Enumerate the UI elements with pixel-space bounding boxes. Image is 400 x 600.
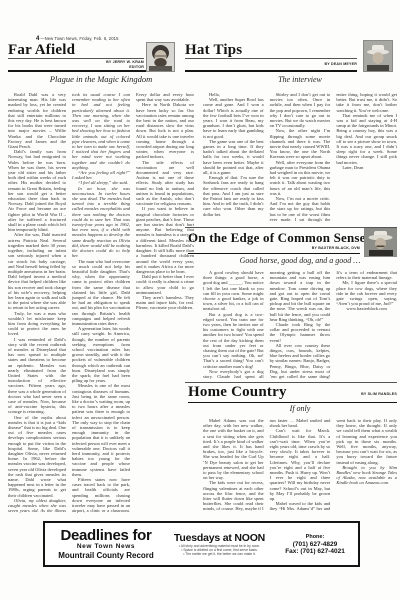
phone-label: Phone: — [272, 534, 358, 541]
deadline-rule-3: • The earlier we get it, the better we c… — [167, 552, 272, 556]
article-paragraph: Truly, he was a man who wouldn’t let mis… — [8, 311, 66, 337]
article-paragraph: Shirley and I don’t get out to movies to… — [270, 92, 331, 128]
deadlines-box-contact: Phone: (701) 627-4829 Fax: (701) 627-402… — [272, 534, 358, 555]
divider-rule — [185, 382, 397, 383]
article-paragraph: The game was one of the best games in a … — [203, 139, 264, 175]
common-sense-headline: On the Edge of Common Sense — [188, 231, 366, 244]
divider-rule — [185, 58, 357, 59]
article-paragraph: In an hour, she was unconscious. In twel… — [72, 186, 130, 259]
common-sense-byline: BY BAXTER BLACK, DVM — [250, 246, 360, 251]
article-paragraph: Roald Dahl was a very interesting man. H… — [8, 92, 66, 149]
hat-tips-byline: BY DEAN MEYER — [281, 62, 357, 67]
deadlines-box-middle: Tuesdays at NOON • All story and adverti… — [167, 532, 272, 557]
common-sense-article: A good cowboy should have three things: … — [203, 270, 397, 380]
article-paragraph: The side effects of vaccination are well… — [136, 160, 194, 207]
far-afield-byline: BY JERRY W. KRAM EDITOR — [60, 60, 144, 69]
common-sense-title: Good horse, good dog, and a good … — [203, 257, 397, 266]
far-afield-title: Plague in the Magic Kingdom — [8, 75, 194, 84]
deadlines-title: Deadlines for — [45, 528, 167, 544]
article-paragraph: Can’t wait for March. Childhood is like … — [270, 428, 331, 501]
article-paragraph: They aren’t harmless. They maim and inju… — [136, 295, 194, 311]
home-country-headline: Home Country — [188, 385, 287, 400]
article-paragraph: Dahl’s family was from Norway, but had e… — [8, 149, 66, 232]
home-country-byline: BY SLIM RANDLES — [320, 392, 397, 397]
far-afield-headline: Far Afield — [8, 43, 75, 58]
article-paragraph: Well, after everyone from the garbage ma… — [270, 160, 331, 196]
article-paragraph: After the war, Dahl married actress Patr… — [8, 232, 66, 310]
article-paragraph: That reminds me of when I was a kid and … — [336, 113, 397, 165]
article-paragraph: Here in North Dakota we have been lucky … — [136, 102, 194, 159]
article-paragraph: Well, another Super Bowl has come and go… — [203, 97, 264, 139]
article-paragraph: Now, the other night I’m flipping throug… — [270, 128, 331, 159]
article-paragraph: I was reminded of Dahl’s story with the … — [8, 337, 66, 415]
masthead-text: —New Town News, Friday, Feb. 6, 2015 — [40, 36, 118, 41]
fax-number: Fax: (701) 627-4021 — [272, 548, 358, 555]
hat-tips-title: The interview — [203, 76, 397, 85]
article-paragraph: Enough of that. I’m sure the Seahawk fan… — [203, 175, 264, 217]
article-paragraph: Mabel Adams was out the other day, with … — [203, 418, 264, 480]
article-paragraph: But a good dog is a two-edged sword. You… — [203, 312, 264, 369]
article-paragraph: Measles is one of the most contagious di… — [72, 383, 130, 477]
divider-rule — [185, 70, 357, 72]
article-paragraph: One of the myths about measles is that i… — [8, 415, 66, 498]
article-paragraph: The man who had overcome so much could n… — [72, 259, 130, 327]
deadlines-paper-2: Mountrail County Record — [45, 552, 167, 560]
deadlines-box-left: Deadlines for New Town News Mountrail Co… — [45, 528, 167, 561]
newspaper-page: 4 —New Town News, Friday, Feb. 6, 2015 F… — [0, 0, 400, 600]
home-country-title: If only — [203, 405, 397, 414]
hat-tips-headline: Hat Tips — [185, 43, 242, 58]
phone-number: (701) 627-4829 — [272, 541, 358, 548]
article-paragraph: A good cowboy should have three things: … — [203, 270, 264, 312]
article-paragraph: If you want to believe in magical chocol… — [136, 206, 194, 274]
far-afield-article: Roald Dahl was a very interesting man. H… — [8, 92, 194, 516]
deadlines-notice-box: Deadlines for New Town News Mountrail Co… — [43, 521, 360, 567]
article-paragraph: Brought to you by Slim Randles’ new book… — [336, 465, 397, 486]
home-country-article: Mabel Adams was out the other day, with … — [203, 418, 397, 516]
article-paragraph: Me, I figure there’s a special place for… — [336, 280, 397, 306]
divider-rule — [8, 58, 144, 59]
article-paragraph: Later, Dean — [336, 165, 397, 170]
article-paragraph: “I feel all sleepy,” she said. — [72, 180, 130, 185]
article-paragraph: www.baxterblack.com — [336, 306, 397, 311]
article-paragraph: “Are you feeling all right?” I asked her… — [72, 170, 130, 180]
article-paragraph: Claude took Ring by the collar and proce… — [270, 322, 331, 343]
article-paragraph: A generation later, his words still carr… — [72, 326, 130, 383]
deadline-schedule: Tuesdays at NOON — [167, 532, 272, 544]
jerry-kram-photo — [146, 42, 175, 72]
byline-title: EDITOR — [60, 65, 144, 70]
hat-tips-article: Hello,Well, another Super Bowl has come … — [203, 92, 397, 224]
dean-meyer-photo — [363, 40, 393, 72]
deadlines-paper-1: New Town News — [45, 544, 167, 551]
baxter-black-photo — [364, 228, 397, 257]
article-paragraph: Dahl put it better than I ever could: it… — [136, 274, 194, 295]
divider-rule — [188, 253, 360, 254]
